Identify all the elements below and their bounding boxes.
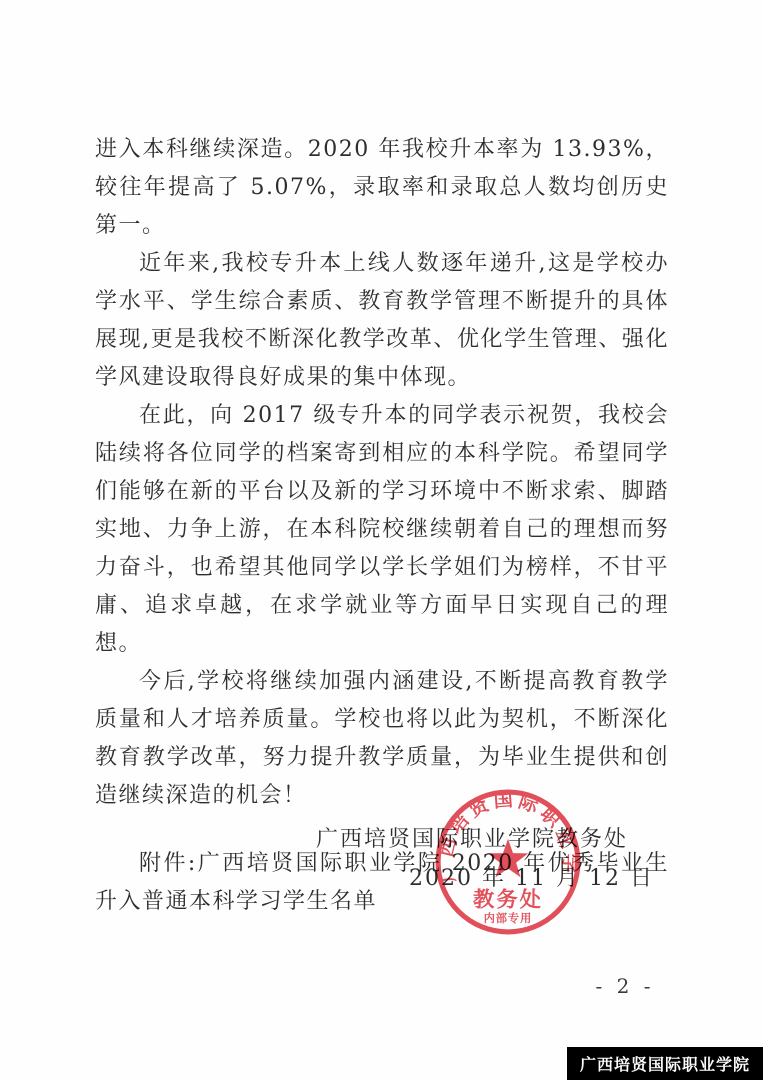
- seal-bottom-text: 内部专用: [484, 911, 533, 925]
- seal-center-text: 教务处: [473, 887, 543, 913]
- page-number: - 2 -: [560, 974, 690, 998]
- footer-watermark: 广西培贤国际职业学院: [567, 1047, 763, 1080]
- paragraph-1: 进入本科继续深造。2020 年我校升本率为 13.93%，较往年提高了 5.07…: [95, 131, 669, 245]
- seal-star-icon: [488, 839, 528, 877]
- seal-ring-text: 广西培贤国际职业学院: [432, 786, 582, 885]
- paragraph-3: 在此，向 2017 级专升本的同学表示祝贺，我校会陆续将各位同学的档案寄到相应的…: [95, 397, 669, 663]
- official-seal: 广西培贤国际职业学院 教务处 内部专用: [432, 786, 584, 938]
- paragraph-2: 近年来,我校专升本上线人数逐年递升,这是学校办学水平、学生综合素质、教育教学管理…: [95, 245, 669, 397]
- document-page: 进入本科继续深造。2020 年我校升本率为 13.93%，较往年提高了 5.07…: [0, 0, 763, 1080]
